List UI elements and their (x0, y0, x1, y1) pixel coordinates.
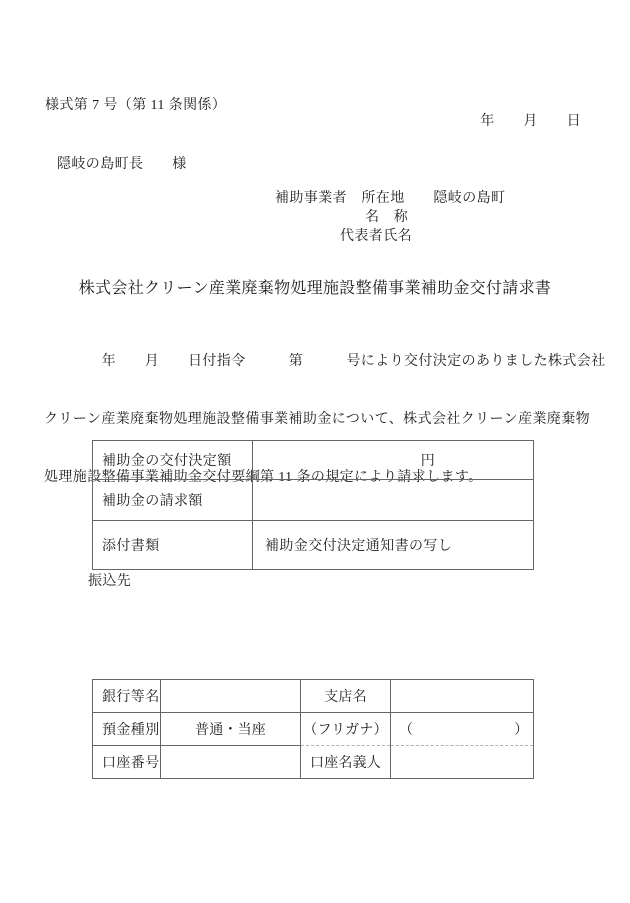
grant-decision-amount-label-cell: 補助金の交付決定額 (93, 441, 253, 480)
account-holder-label-cell: 口座名義人 (301, 746, 391, 779)
deposit-type-label-cell: 預金種別 (93, 713, 161, 746)
table-row: 補助金の交付決定額 円 (93, 441, 534, 480)
grant-request-amount-label-cell: 補助金の請求額 (93, 480, 253, 521)
table-row: 預金種別 普通・当座 （フリガナ） （ ） (93, 713, 534, 746)
bank-name-value-cell (161, 680, 301, 713)
attached-documents-label-cell: 添付書類 (93, 521, 253, 570)
body-line-1: 年 月 日付指令 第 号により交付決定のありました株式会社 (44, 352, 604, 371)
bank-table: 銀行等名 支店名 預金種別 普通・当座 （フリガナ） （ ） 口座番号 口座名義… (92, 647, 534, 811)
applicant-representative-line: 代表者氏名 (340, 225, 412, 245)
furigana-value-cell: （ ） (391, 713, 534, 746)
applicant-name-line: 名 称 (365, 206, 408, 226)
document-page: 様式第 7 号（第 11 条関係） 年 月 日 隠岐の島町長 様 補助事業者 所… (0, 0, 630, 903)
table-row: 口座番号 口座名義人 (93, 746, 534, 779)
form-number: 様式第 7 号（第 11 条関係） (45, 94, 226, 114)
account-number-value-cell (161, 746, 301, 779)
furigana-label-cell: （フリガナ） (301, 713, 391, 746)
document-title: 株式会社クリーン産業廃棄物処理施設整備事業補助金交付請求書 (0, 275, 630, 298)
date-line: 年 月 日 (480, 110, 581, 130)
transfer-destination-label: 振込先 (88, 570, 131, 590)
bank-name-label-cell: 銀行等名 (93, 680, 161, 713)
grant-decision-amount-value-cell: 円 (253, 441, 534, 480)
branch-name-value-cell (391, 680, 534, 713)
branch-name-label-cell: 支店名 (301, 680, 391, 713)
addressee: 隠岐の島町長 様 (57, 153, 187, 173)
table-row: 銀行等名 支店名 (93, 680, 534, 713)
deposit-type-value-cell: 普通・当座 (161, 713, 301, 746)
applicant-address-line: 補助事業者 所在地 隠岐の島町 (275, 187, 505, 207)
account-holder-value-cell (391, 746, 534, 779)
amounts-table: 補助金の交付決定額 円 補助金の請求額 添付書類 補助金交付決定通知書の写し (92, 408, 534, 602)
grant-request-amount-value-cell (253, 480, 534, 521)
account-number-label-cell: 口座番号 (93, 746, 161, 779)
table-row: 添付書類 補助金交付決定通知書の写し (93, 521, 534, 570)
table-row: 補助金の請求額 (93, 480, 534, 521)
attached-documents-value-cell: 補助金交付決定通知書の写し (253, 521, 534, 570)
